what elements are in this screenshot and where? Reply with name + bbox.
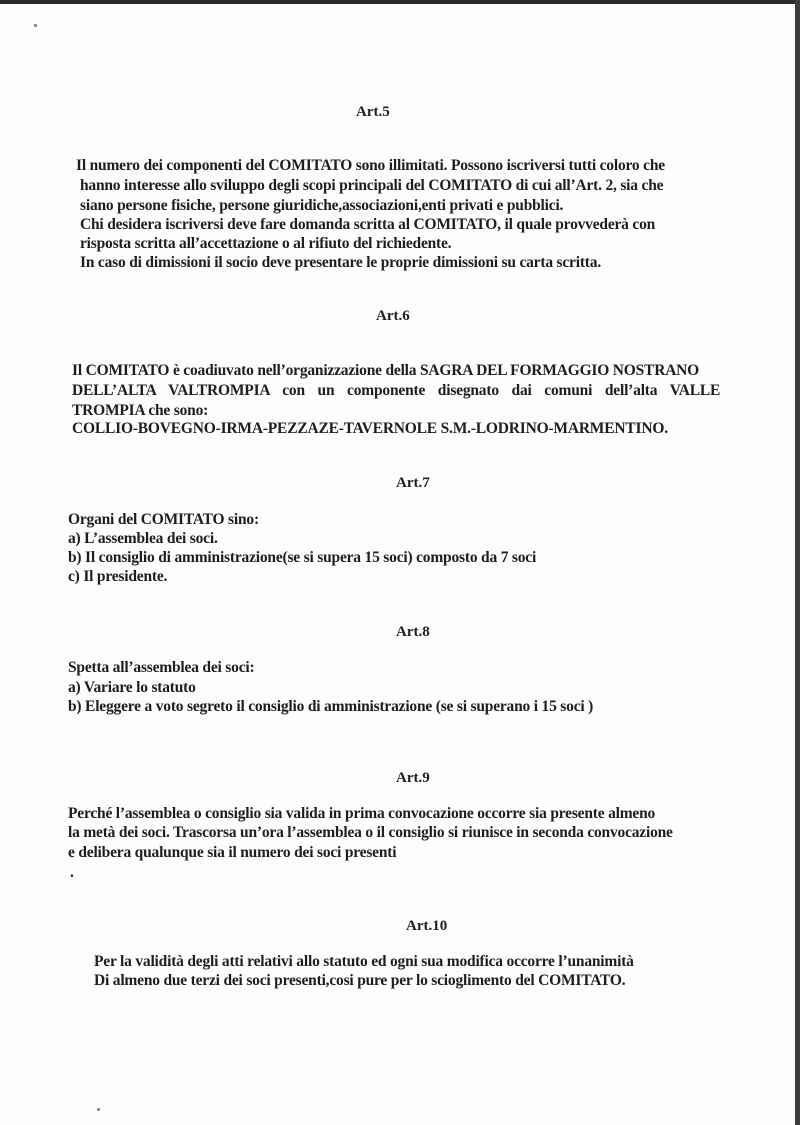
article-line: Chi desidera iscriversi deve fare domand… [80, 216, 655, 234]
article-line: siano persone fisiche, persone giuridich… [80, 197, 563, 215]
article-line: COLLIO-BOVEGNO-IRMA-PEZZAZE-TAVERNOLE S.… [72, 420, 668, 438]
article-heading: Art.7 [396, 475, 430, 492]
article-line: hanno interesse allo sviluppo degli scop… [80, 177, 663, 195]
scan-border-right [795, 0, 800, 1125]
scan-speck [34, 24, 37, 27]
article-line: Spetta all’assemblea dei soci: [68, 659, 254, 677]
article-line: In caso di dimissioni il socio deve pres… [80, 254, 601, 272]
article-line: Perché l’assemblea o consiglio sia valid… [68, 805, 655, 823]
article-line: a) L’assemblea dei soci. [68, 530, 218, 548]
article-heading: Art.9 [396, 770, 430, 787]
article-heading: Art.8 [396, 624, 430, 641]
article-line: la metà dei soci. Trascorsa un’ora l’ass… [68, 824, 673, 842]
article-heading: Art.10 [406, 918, 447, 935]
article-line: b) Il consiglio di amministrazione(se si… [68, 549, 536, 567]
article-line: DELL’ALTA VALTROMPIA con un componente d… [72, 382, 720, 400]
article-line: Il COMITATO è coadiuvato nell’organizzaz… [72, 362, 699, 380]
article-line: c) Il presidente. [68, 568, 167, 586]
article-heading: Art.6 [376, 308, 410, 325]
article-line: risposta scritta all’accettazione o al r… [80, 235, 451, 253]
article-line: b) Eleggere a voto segreto il consiglio … [68, 698, 593, 716]
article-line: . [70, 864, 74, 882]
article-line: Di almeno due terzi dei soci presenti,co… [94, 972, 625, 990]
article-heading: Art.5 [356, 104, 390, 121]
article-line: Per la validità degli atti relativi allo… [94, 953, 634, 971]
article-line: Organi del COMITATO sino: [68, 511, 259, 529]
scanned-page: Art.5 Il numero dei componenti del COMIT… [0, 4, 795, 1125]
article-line: e delibera qualunque sia il numero dei s… [68, 844, 396, 862]
article-line: TROMPIA che sono: [72, 402, 208, 420]
article-line: a) Variare lo statuto [68, 679, 196, 697]
scan-speck [97, 1108, 100, 1111]
article-line: Il numero dei componenti del COMITATO so… [76, 157, 665, 175]
